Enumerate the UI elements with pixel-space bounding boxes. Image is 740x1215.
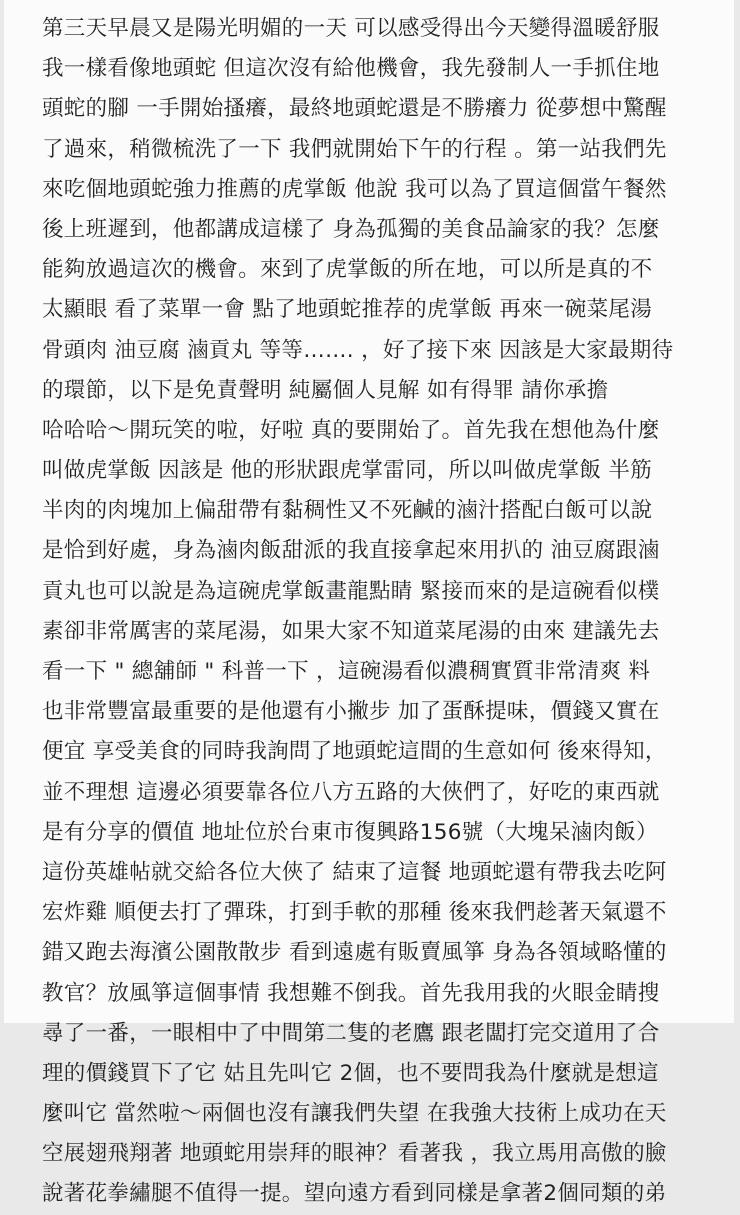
- text-line: 頭蛇的腳 一手開始搔癢，最終地頭蛇還是不勝癢力 從夢想中驚醒: [42, 89, 702, 129]
- text-line: 了過來，稍微梳洗了一下 我們就開始下午的行程 。第一站我們先: [42, 130, 702, 170]
- text-line: 素卻非常厲害的菜尾湯，如果大家不知道菜尾湯的由來 建議先去: [42, 612, 702, 652]
- text-line: 宏炸雞 順便去打了彈珠，打到手軟的那種 後來我們趁著天氣還不: [42, 893, 702, 933]
- text-line: 我一樣看像地頭蛇 但這次沒有給他機會，我先發制人一手抓住地: [42, 49, 702, 89]
- text-line: 尋了一番，一眼相中了中間第二隻的老鷹 跟老闆打完交道用了合: [42, 1014, 702, 1023]
- text-line: 能夠放過這次的機會。來到了虎掌飯的所在地，可以所是真的不: [42, 250, 702, 290]
- text-line: 半肉的肉塊加上偏甜帶有黏稠性又不死鹹的滷汁搭配白飯可以說: [42, 491, 702, 531]
- text-line: 便宜 享受美食的同時我詢問了地頭蛇這間的生意如何 後來得知，: [42, 732, 702, 772]
- text-line: 並不理想 這邊必須要靠各位八方五路的大俠們了，好吃的東西就: [42, 773, 702, 813]
- text-line: 太顯眼 看了菜單一會 點了地頭蛇推荐的虎掌飯 再來一碗菜尾湯: [42, 290, 702, 330]
- text-line: 教官？放風箏這個事情 我想難不倒我。首先我用我的火眼金睛搜: [42, 974, 702, 1014]
- text-line: 是恰到好處，身為滷肉飯甜派的我直接拿起來用扒的 油豆腐跟滷: [42, 531, 702, 571]
- text-line: 叫做虎掌飯 因該是 他的形狀跟虎掌雷同，所以叫做虎掌飯 半筋: [42, 451, 702, 491]
- text-line: 來吃個地頭蛇強力推薦的虎掌飯 他說 我可以為了買這個當午餐然: [42, 170, 702, 210]
- text-line: 骨頭肉 油豆腐 滷貢丸 等等……. ，好了接下來 因該是大家最期待: [42, 331, 702, 371]
- text-line: 貢丸也可以說是為這碗虎掌飯畫龍點睛 緊接而來的是這碗看似樸: [42, 572, 702, 612]
- text-line: 錯又跑去海濱公園散散步 看到遠處有販賣風箏 身為各領域略懂的: [42, 933, 702, 973]
- text-line: 的環節，以下是免責聲明 純屬個人見解 如有得罪 請你承擔: [42, 371, 702, 411]
- document-page: 第三天早晨又是陽光明媚的一天 可以感受得出今天變得溫暖舒服 我一樣看像地頭蛇 但…: [4, 0, 734, 1023]
- text-line: 這份英雄帖就交給各位大俠了 結束了這餐 地頭蛇還有帶我去吃阿: [42, 853, 702, 893]
- post-text: 第三天早晨又是陽光明媚的一天 可以感受得出今天變得溫暖舒服 我一樣看像地頭蛇 但…: [42, 9, 702, 1023]
- text-line: 後上班遲到，他都講成這樣了 身為孤獨的美食品論家的我？怎麼: [42, 210, 702, 250]
- text-line: 哈哈哈～開玩笑的啦，好啦 真的要開始了。首先我在想他為什麼: [42, 411, 702, 451]
- text-line: 也非常豐富最重要的是他還有小撇步 加了蛋酥提味，價錢又實在: [42, 692, 702, 732]
- text-line: 看一下 " 總舖師 " 科普一下 ，這碗湯看似濃稠實質非常清爽 料: [42, 652, 702, 692]
- text-line: 是有分享的價值 地址位於台東市復興路156號（大塊呆滷肉飯）: [42, 813, 702, 853]
- text-line: 第三天早晨又是陽光明媚的一天 可以感受得出今天變得溫暖舒服: [42, 9, 702, 49]
